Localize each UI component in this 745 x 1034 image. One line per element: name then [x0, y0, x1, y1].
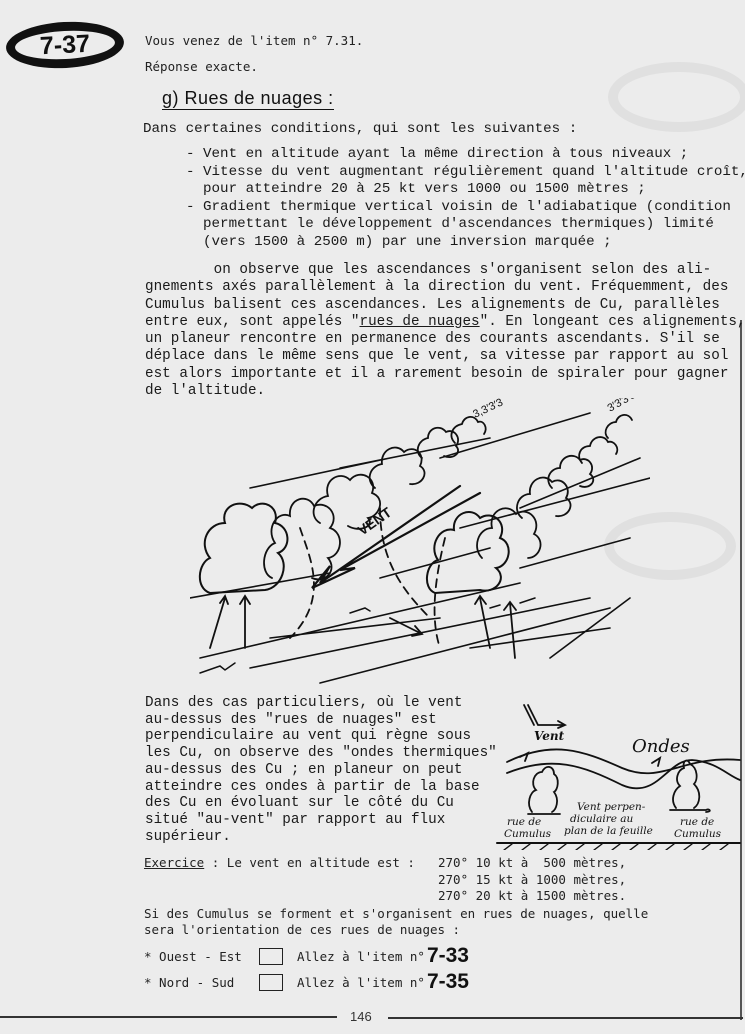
- waves-paragraph: Dans des cas particuliers, où le ventau-…: [145, 695, 497, 845]
- condition-item: - Vitesse du vent augmentant régulièreme…: [186, 164, 745, 182]
- svg-text:diculaire au: diculaire au: [570, 813, 634, 825]
- page-number: 146: [350, 1009, 372, 1024]
- conditions-list: - Vent en altitude ayant la même directi…: [186, 146, 745, 251]
- condition-item: - Vent en altitude ayant la même directi…: [186, 146, 745, 164]
- goto-text: Allez à l'item n°: [297, 975, 425, 990]
- page-border-right: [740, 320, 742, 1020]
- condition-item: - Gradient thermique vertical voisin de …: [186, 199, 745, 217]
- goto-item-number[interactable]: 7-35: [427, 970, 469, 994]
- term-rues-de-nuages: rues de nuages: [360, 314, 480, 330]
- footer-rule-left: [0, 1016, 337, 1018]
- svg-text:VENT: VENT: [355, 504, 395, 539]
- svg-text:rue de: rue de: [680, 816, 714, 828]
- svg-text:plan de la feuille: plan de la feuille: [564, 825, 653, 837]
- exercise-question: Si des Cumulus se forment et s'organisen…: [144, 906, 648, 922]
- condition-item-cont: permettant le développement d'ascendance…: [186, 216, 745, 234]
- svg-text:Vent perpen-: Vent perpen-: [577, 801, 646, 813]
- thermal-waves-diagram: Vent Ondes rue de Cumulus Vent perpen- d…: [492, 700, 742, 850]
- item-number-badge: 7-37: [5, 19, 125, 71]
- choice-label: * Nord - Sud: [144, 975, 259, 990]
- document-page: 7-37 Vous venez de l'item n° 7.31. Répon…: [0, 0, 745, 1034]
- wind-data-line: 270° 10 kt à 500 mètres,: [438, 855, 626, 871]
- previous-item-text: Vous venez de l'item n° 7.31.: [145, 33, 363, 49]
- choice-label: * Ouest - Est: [144, 949, 259, 964]
- footer-rule-right: [388, 1017, 743, 1019]
- conditions-intro: Dans certaines conditions, qui sont les …: [143, 121, 577, 138]
- answer-checkbox[interactable]: [259, 974, 283, 991]
- answer-status-text: Réponse exacte.: [145, 59, 258, 75]
- svg-text:Cumulus: Cumulus: [674, 828, 722, 840]
- bleed-through-oval: [608, 62, 745, 132]
- waves-label: Ondes: [632, 736, 690, 757]
- item-number: 7-37: [39, 29, 90, 61]
- condition-item-cont: (vers 1500 à 2500 m) par une inversion m…: [186, 234, 745, 252]
- wind-label: Vent: [534, 729, 565, 743]
- svg-text:Cumulus: Cumulus: [504, 828, 552, 840]
- svg-text:3′3′3′3: 3′3′3′3: [606, 398, 639, 415]
- svg-text:3,3′3′3: 3,3′3′3: [471, 398, 505, 421]
- condition-item-cont: pour atteindre 20 à 25 kt vers 1000 ou 1…: [186, 181, 745, 199]
- wind-data-line: 270° 20 kt à 1500 mètres.: [438, 888, 626, 904]
- exercise-question: sera l'orientation de ces rues de nuages…: [144, 922, 460, 938]
- goto-text: Allez à l'item n°: [297, 949, 425, 964]
- exercise-label: Exercice: [144, 855, 204, 870]
- main-paragraph: on observe que les ascendances s'organis…: [145, 262, 745, 400]
- goto-item-number[interactable]: 7-33: [427, 944, 469, 968]
- choice-ouest-est[interactable]: * Ouest - Est Allez à l'item n° 7-33: [144, 944, 469, 968]
- wind-data-line: 270° 15 kt à 1000 mètres,: [438, 872, 626, 888]
- answer-checkbox[interactable]: [259, 948, 283, 965]
- svg-text:rue de: rue de: [507, 816, 541, 828]
- cloud-streets-illustration: 3,3′3′3 3′3′3′3 VENT: [190, 398, 650, 698]
- choice-nord-sud[interactable]: * Nord - Sud Allez à l'item n° 7-35: [144, 970, 469, 994]
- exercise-lead: Exercice : Le vent en altitude est :: [144, 855, 422, 871]
- section-heading: g) Rues de nuages :: [162, 88, 334, 110]
